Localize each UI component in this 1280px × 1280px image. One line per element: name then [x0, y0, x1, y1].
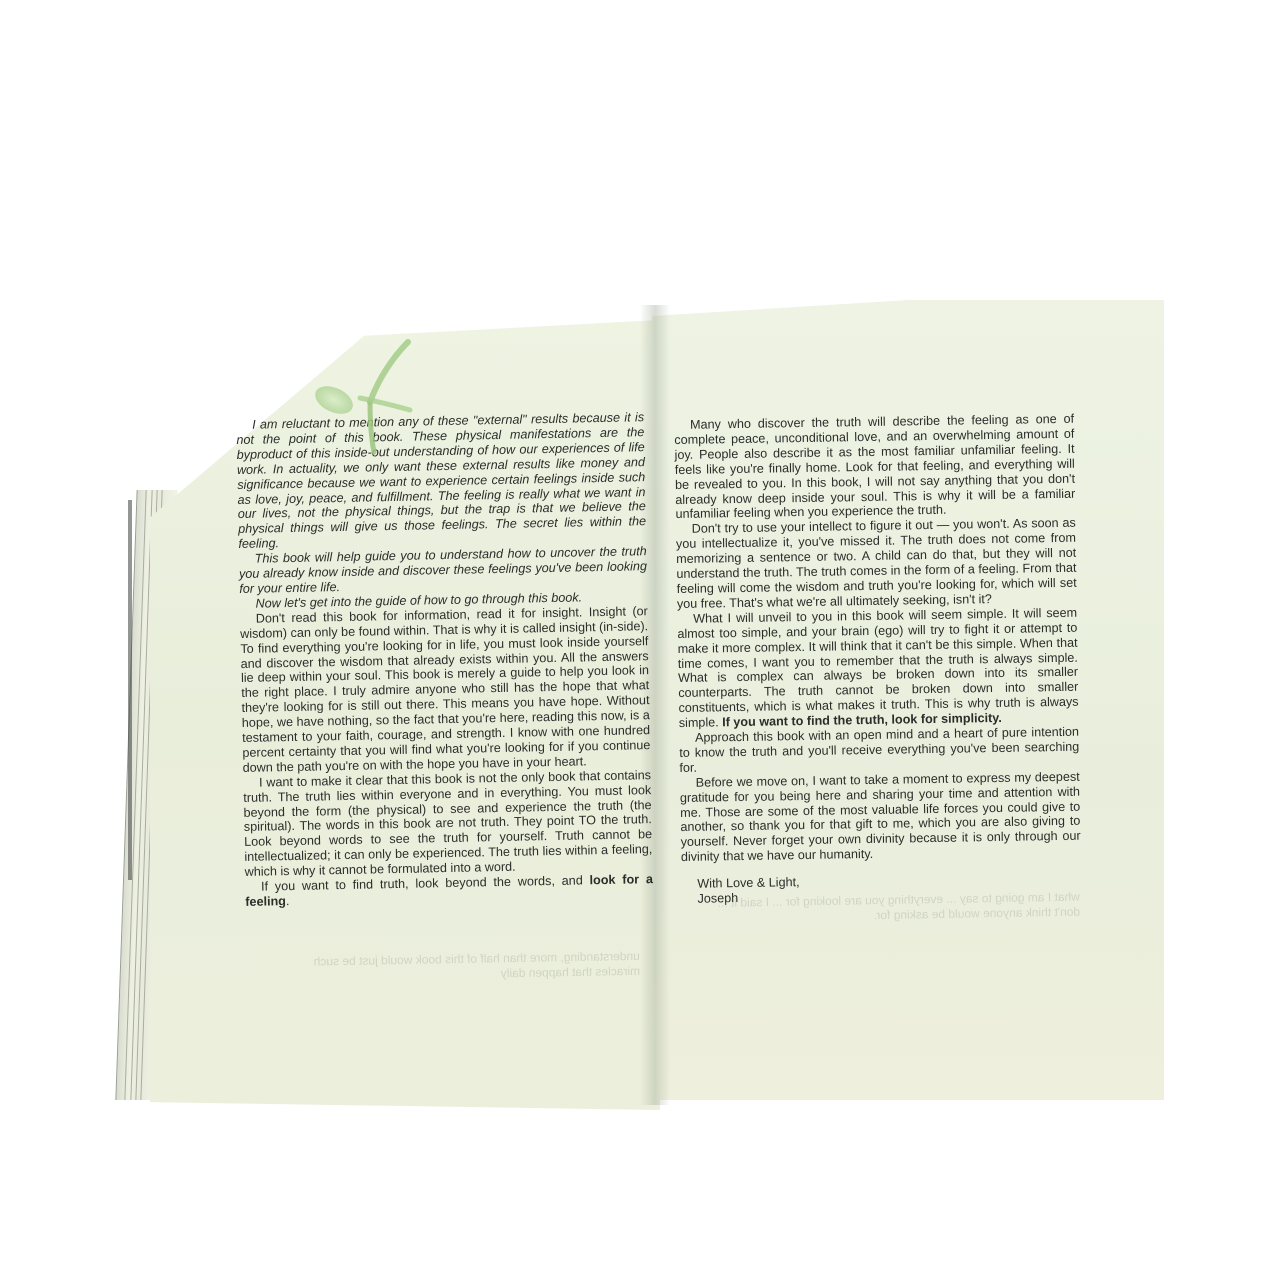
- paragraph: Approach this book with an open mind and…: [679, 725, 1080, 776]
- paragraph: Don't try to use your intellect to figur…: [676, 516, 1077, 612]
- left-page-text: I am reluctant to mention any of these "…: [236, 410, 653, 910]
- closing-tail: .: [286, 894, 290, 908]
- book-cover-edge: [128, 500, 132, 880]
- paragraph: Before we move on, I want to take a mome…: [680, 769, 1081, 865]
- paragraph: This book will help guide you to underst…: [239, 544, 648, 597]
- signoff: With Love & Light, Joseph: [681, 871, 1081, 907]
- right-page-text: Many who discover the truth will describ…: [674, 412, 1082, 907]
- paragraph: I am reluctant to mention any of these "…: [236, 410, 647, 552]
- paragraph: Many who discover the truth will describ…: [674, 412, 1076, 523]
- paragraph: Don't read this book for information, re…: [240, 604, 651, 776]
- left-page-show-through-text: understanding, more than half of this bo…: [280, 949, 640, 985]
- paragraph: I want to make it clear that this book i…: [243, 768, 653, 880]
- simplicity-lead: What I will unveil to you in this book w…: [677, 605, 1078, 730]
- plant-sprig-icon: [300, 330, 430, 460]
- simplicity-paragraph: What I will unveil to you in this book w…: [677, 605, 1079, 731]
- open-book: understanding, more than half of this bo…: [0, 0, 1280, 1280]
